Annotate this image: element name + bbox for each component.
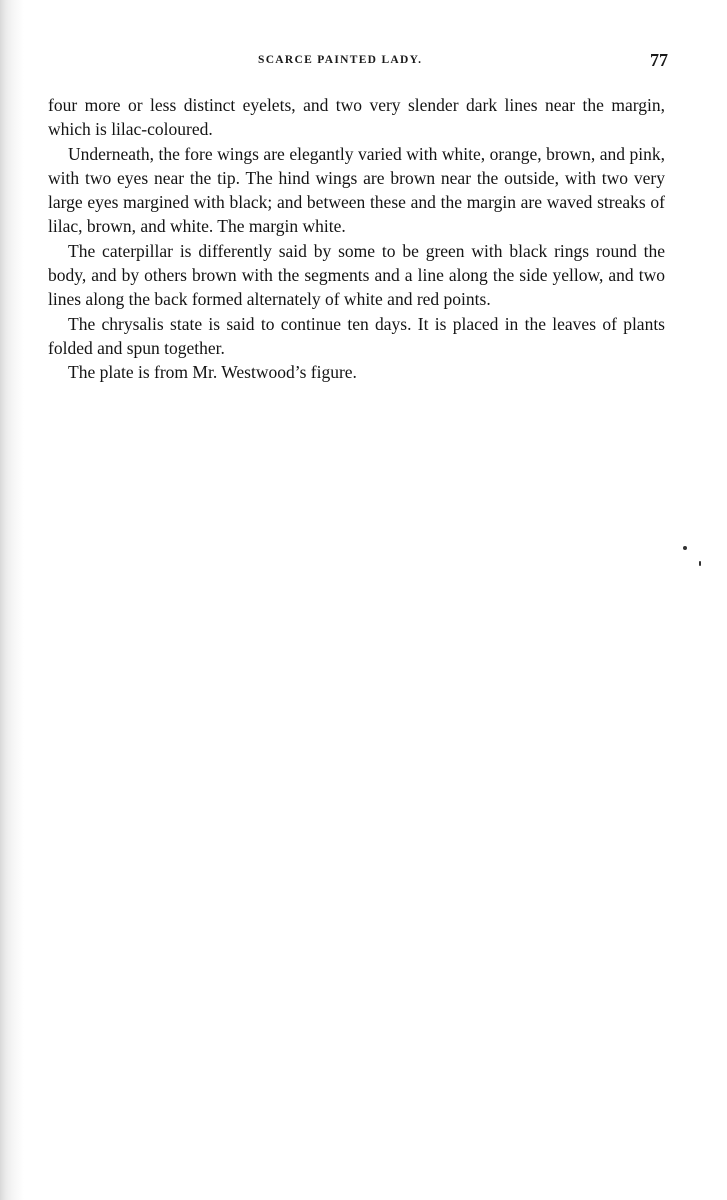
paragraph-chrysalis: The chrysalis state is said to continue … (48, 312, 665, 361)
book-page: SCARCE PAINTED LADY. 77 four more or les… (0, 0, 727, 1200)
running-title: SCARCE PAINTED LADY. (258, 54, 422, 66)
body-text: four more or less distinct eyelets, and … (48, 93, 665, 385)
page-number: 77 (650, 50, 668, 71)
scan-speck (683, 546, 687, 550)
scan-speck (699, 561, 701, 566)
paragraph-underside: Underneath, the fore wings are elegantly… (48, 142, 665, 239)
paragraph-caterpillar: The caterpillar is differently said by s… (48, 239, 665, 312)
paragraph-plate-credit: The plate is from Mr. Westwood’s figure. (48, 360, 665, 384)
paragraph-continued-description: four more or less distinct eyelets, and … (48, 93, 665, 142)
running-head: SCARCE PAINTED LADY. 77 (258, 52, 668, 72)
